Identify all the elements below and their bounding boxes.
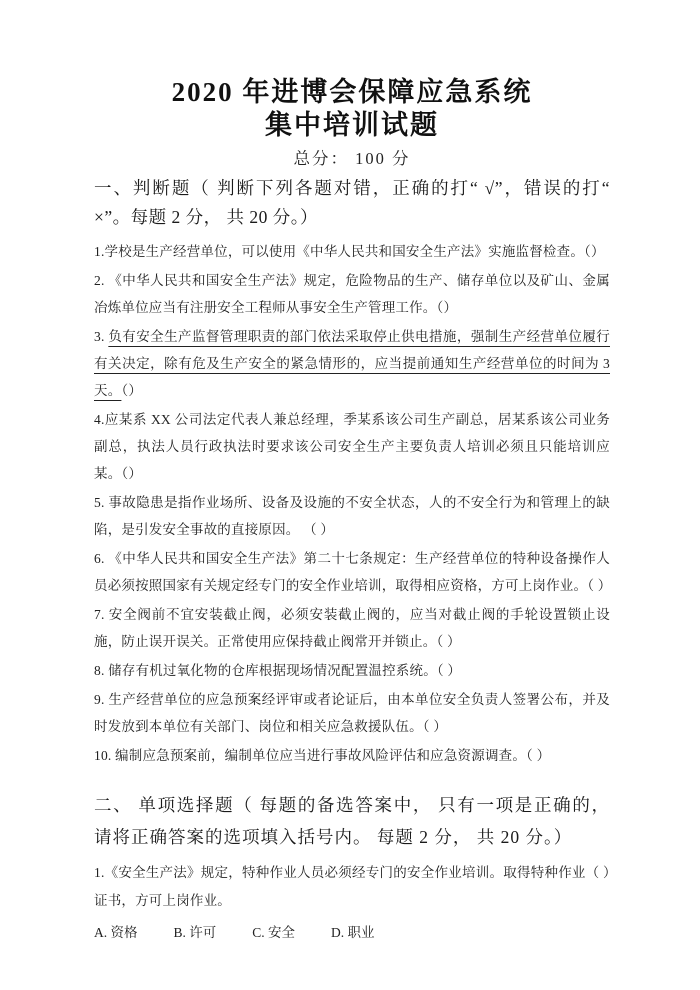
- judgment-question-3-underlined-text: 负有安全生产监督管理职责的部门依法采取停止供电措施，强制生产经营单位履行有关决定…: [94, 329, 610, 398]
- judgment-question-5: 5. 事故隐患是指作业场所、设备及设施的不安全状态，人的不安全行为和管理上的缺陷…: [94, 489, 610, 543]
- total-score-line: 总分： 100 分: [94, 146, 610, 172]
- multiple-choice-question-1: 1.《安全生产法》规定，特种作业人员必须经专门的安全作业培训。取得特种作业（ ）…: [94, 859, 610, 915]
- judgment-question-1: 1.学校是生产经营单位，可以使用《中华人民共和国安全生产法》实施监督检查。（）: [94, 238, 610, 265]
- judgment-question-3-answer-bracket: （）: [121, 383, 142, 398]
- judgment-question-4: 4.应某系 XX 公司法定代表人兼总经理，季某系该公司生产副总，居某系该公司业务…: [94, 406, 610, 487]
- document-title-line2: 集中培训试题: [94, 109, 610, 142]
- document-title-line1: 2020 年进博会保障应急系统: [94, 76, 610, 109]
- option-a: A. 资格: [94, 919, 138, 947]
- judgment-question-6: 6. 《中华人民共和国安全生产法》第二十七条规定：生产经营单位的特种设备操作人员…: [94, 545, 610, 599]
- judgment-question-3: 3. 负有安全生产监督管理职责的部门依法采取停止供电措施，强制生产经营单位履行有…: [94, 323, 610, 404]
- multiple-choice-options-row: A. 资格 B. 许可 C. 安全 D. 职业: [94, 919, 610, 947]
- exam-document-page: 2020 年进博会保障应急系统 集中培训试题 总分： 100 分 一、判断题（ …: [0, 0, 700, 990]
- option-d: D. 职业: [331, 919, 375, 947]
- section-judgment-heading: 一、判断题（ 判断下列各题对错，正确的打“ √”，错误的打“ ×”。每题 2 分…: [94, 174, 610, 232]
- section-multiple-choice-heading: 二、 单项选择题（ 每题的备选答案中， 只有一项是正确的， 请将正确答案的选项填…: [94, 789, 610, 853]
- judgment-question-list: 1.学校是生产经营单位，可以使用《中华人民共和国安全生产法》实施监督检查。（） …: [94, 238, 610, 769]
- judgment-question-2: 2. 《中华人民共和国安全生产法》规定，危险物品的生产、储存单位以及矿山、金属冶…: [94, 267, 610, 321]
- judgment-question-8: 8. 储存有机过氧化物的仓库根据现场情况配置温控系统。（ ）: [94, 657, 610, 684]
- judgment-question-10: 10. 编制应急预案前，编制单位应当进行事故风险评估和应急资源调查。（ ）: [94, 742, 610, 769]
- option-b: B. 许可: [174, 919, 217, 947]
- option-c: C. 安全: [252, 919, 295, 947]
- judgment-question-9: 9. 生产经营单位的应急预案经评审或者论证后，由本单位安全负责人签署公布，并及时…: [94, 686, 610, 740]
- judgment-question-7: 7. 安全阀前不宜安装截止阀，必须安装截止阀的，应当对截止阀的手轮设置锁止设施，…: [94, 601, 610, 655]
- judgment-question-3-number: 3.: [94, 329, 108, 344]
